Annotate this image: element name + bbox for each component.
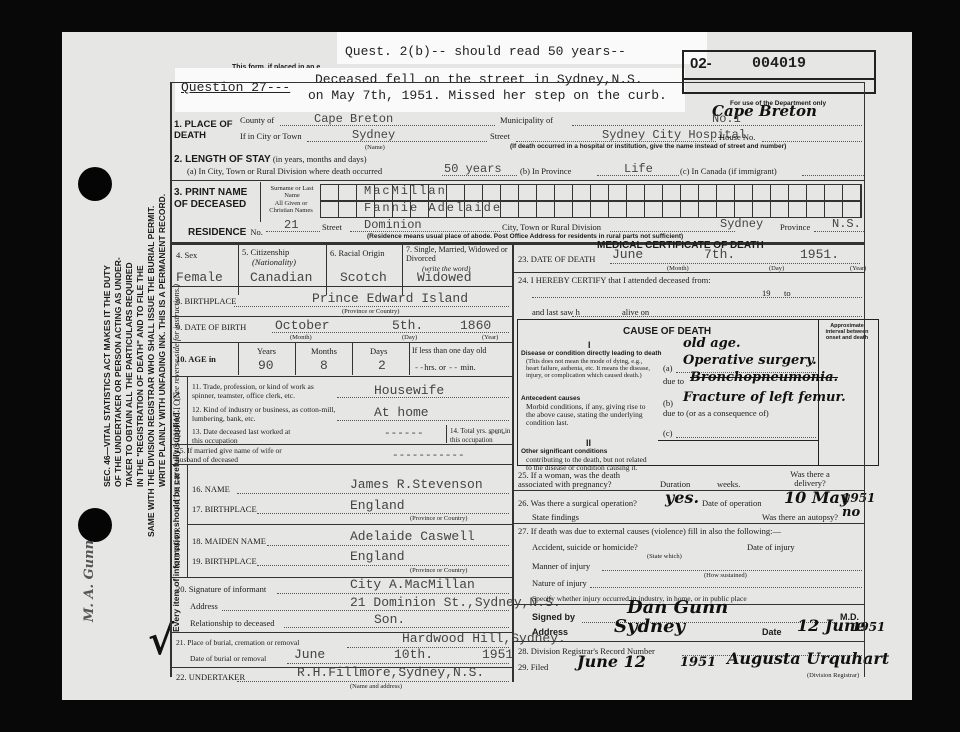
surname-value: MacMillan	[364, 184, 447, 198]
date-of-death-year-value: 1951.	[800, 247, 839, 262]
margin-handwriting: M. A. Gunn	[82, 540, 97, 622]
registration-number-box: 02- 004019	[682, 50, 876, 94]
informant-value: City A.MacMillan	[350, 577, 475, 592]
filed-year: 1951	[680, 655, 716, 670]
death-certificate: SEC. 46—VITAL STATISTICS ACT MAKES IT TH…	[62, 32, 912, 700]
dob-year-value: 1860	[460, 318, 491, 333]
autopsy-value: no	[842, 505, 860, 520]
father-birthplace-value: England	[350, 498, 405, 513]
sex-value: Female	[176, 270, 223, 285]
last-worked-value: ------	[384, 428, 424, 440]
burial-month-value: June	[294, 647, 325, 662]
filed-date: June 12	[577, 652, 646, 671]
birthplace-value: Prince Edward Island	[312, 291, 468, 306]
industry-value: At home	[374, 405, 429, 420]
operation-date-value: 10 May	[784, 488, 849, 507]
relationship-value: Son.	[374, 612, 405, 627]
burial-year-value: 1951	[482, 647, 513, 662]
cause-of-death-box: CAUSE OF DEATH I Disease or condition di…	[517, 319, 879, 466]
father-name-value: James R.Stevenson	[350, 477, 483, 492]
correction-slip-2: Question 27--- Deceased fell on the stre…	[175, 68, 685, 112]
dob-month-value: October	[275, 318, 330, 333]
citizenship-value: Canadian	[250, 270, 312, 285]
dob-day-value: 5th.	[392, 318, 423, 333]
mother-maiden-name-value: Adelaide Caswell	[350, 529, 475, 544]
cause-a-due-value: Bronchopneumonia.	[690, 370, 838, 385]
place-of-death-label: 1. PLACE OF DEATH	[174, 119, 236, 141]
county-value: Cape Breton	[314, 112, 393, 126]
racial-origin-value: Scotch	[340, 270, 387, 285]
spouse-value: -----------	[392, 450, 465, 462]
physician-address: Sydney	[614, 616, 685, 637]
print-name-label: 3. PRINT NAME OF DECEASED	[174, 187, 259, 211]
residence-street-value: Dominion	[364, 218, 422, 232]
informant-address-value: 21 Dominion St.,Sydney,N.S.	[350, 595, 561, 610]
stay-city-value: 50 years	[444, 162, 502, 176]
cause-a-line1: old age.	[683, 336, 741, 351]
given-names-value: Fannie Adelaide	[364, 201, 502, 215]
undertaker-value: R.H.Fillmore,Sydney,N.S.	[297, 665, 484, 680]
residence-city-value: Sydney	[720, 217, 763, 231]
age-months-value: 8	[320, 358, 328, 373]
cause-b-value: Fracture of left femur.	[683, 390, 846, 405]
municipality-value: No.1	[712, 112, 741, 126]
age-days-value: 2	[378, 358, 386, 373]
correction-slip-1: Quest. 2(b)-- should read 50 years--	[337, 32, 707, 64]
mother-birthplace-value: England	[350, 549, 405, 564]
years-in-occupation-value: ---	[487, 428, 507, 440]
stay-province-value: Life	[624, 162, 653, 176]
operation-year-value: 1951	[842, 491, 875, 505]
date-of-death-day-value: 7th.	[704, 247, 735, 262]
date-of-death-month-value: June	[612, 247, 643, 262]
burial-day-value: 10th.	[394, 647, 433, 662]
surgical-operation-value: yes.	[665, 488, 699, 507]
age-years-value: 90	[258, 358, 274, 373]
cause-a-line2: Operative surgery.	[683, 353, 817, 368]
city-value: Sydney	[352, 128, 395, 142]
residence-province-value: N.S.	[832, 217, 861, 231]
marital-status-value: Widowed	[417, 270, 472, 285]
residence-no-value: 21	[284, 218, 298, 232]
physician-signature: Dan Gunn	[627, 597, 728, 618]
occupation-value: Housewife	[374, 383, 444, 398]
length-of-stay-label: 2. LENGTH OF STAY (in years, months and …	[174, 154, 367, 165]
